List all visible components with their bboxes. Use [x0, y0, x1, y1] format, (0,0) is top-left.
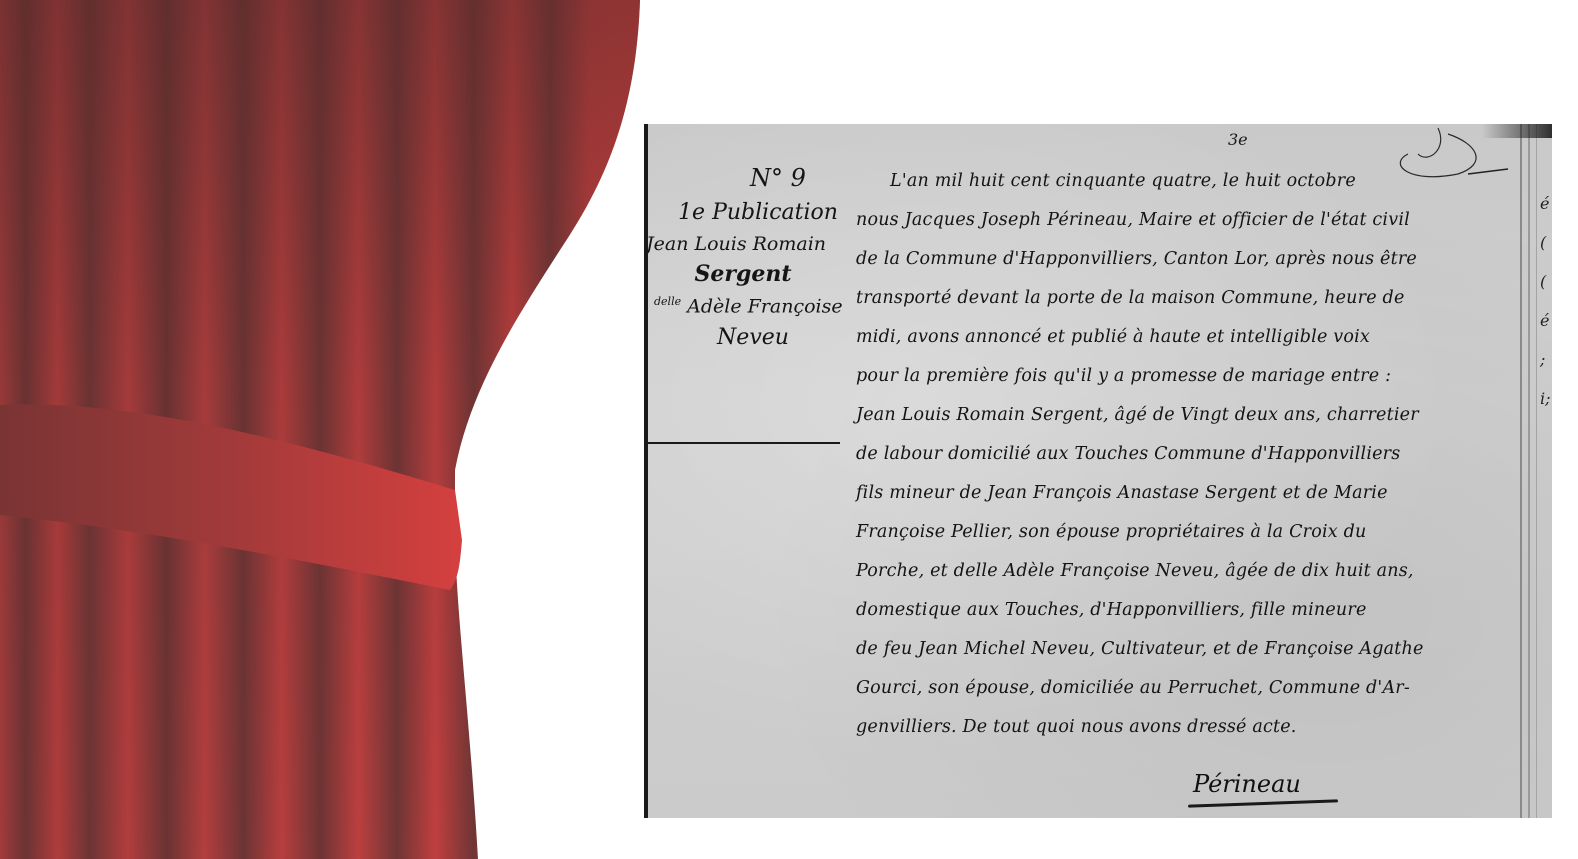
text-line: genvilliers. De tout quoi nous avons dre… [856, 708, 1516, 747]
text-line: fils mineur de Jean François Anastase Se… [856, 474, 1516, 513]
binding-line [1536, 124, 1537, 818]
publication-label: 1e Publication [668, 200, 848, 225]
margin-mark: ; [1540, 340, 1552, 379]
binding-line [1528, 124, 1530, 818]
page-marker: 3e [1228, 130, 1248, 149]
text-line: nous Jacques Joseph Périneau, Maire et o… [856, 201, 1516, 240]
text-line: Gourci, son épouse, domiciliée au Perruc… [856, 669, 1516, 708]
text-line: midi, avons annoncé et publié à haute et… [856, 318, 1516, 357]
bride-surname: Neveu [658, 325, 848, 350]
page: N° 9 1e Publication Jean Louis Romain Se… [0, 0, 1578, 859]
margin-mark: i; [1540, 379, 1552, 418]
margin-mark: ( [1540, 223, 1552, 262]
margin-mark: é [1540, 184, 1552, 223]
groom-surname: Sergent [644, 261, 848, 287]
text-line: Porche, et delle Adèle Françoise Neveu, … [856, 552, 1516, 591]
bride-names: delle Adèle Françoise [654, 295, 848, 317]
text-line: de feu Jean Michel Neveu, Cultivateur, e… [856, 630, 1516, 669]
document-body: L'an mil huit cent cinquante quatre, le … [856, 162, 1516, 747]
bride-prefix: delle [654, 295, 681, 308]
margin-note: N° 9 1e Publication Jean Louis Romain Se… [648, 164, 848, 350]
mayor-signature: Périneau [1193, 770, 1301, 798]
right-margin-marks: é ( ( é ; i; [1540, 184, 1552, 418]
record-number: N° 9 [708, 164, 848, 192]
groom-first-names: Jean Louis Romain [646, 233, 848, 255]
text-line: Françoise Pellier, son épouse propriétai… [856, 513, 1516, 552]
text-line: de labour domicilié aux Touches Commune … [856, 435, 1516, 474]
red-curtain-image [0, 0, 660, 859]
binding-line [1520, 124, 1522, 818]
historical-document-scan: N° 9 1e Publication Jean Louis Romain Se… [644, 124, 1552, 818]
text-line: Jean Louis Romain Sergent, âgé de Vingt … [856, 396, 1516, 435]
margin-divider [648, 442, 840, 444]
text-line: pour la première fois qu'il y a promesse… [856, 357, 1516, 396]
text-line: de la Commune d'Happonvilliers, Canton L… [856, 240, 1516, 279]
text-line: transporté devant la porte de la maison … [856, 279, 1516, 318]
bride-first-names: Adèle Françoise [687, 295, 842, 317]
text-line: L'an mil huit cent cinquante quatre, le … [856, 162, 1516, 201]
margin-mark: é [1540, 301, 1552, 340]
text-line: domestique aux Touches, d'Happonvilliers… [856, 591, 1516, 630]
margin-mark: ( [1540, 262, 1552, 301]
signature-underline [1188, 799, 1338, 807]
